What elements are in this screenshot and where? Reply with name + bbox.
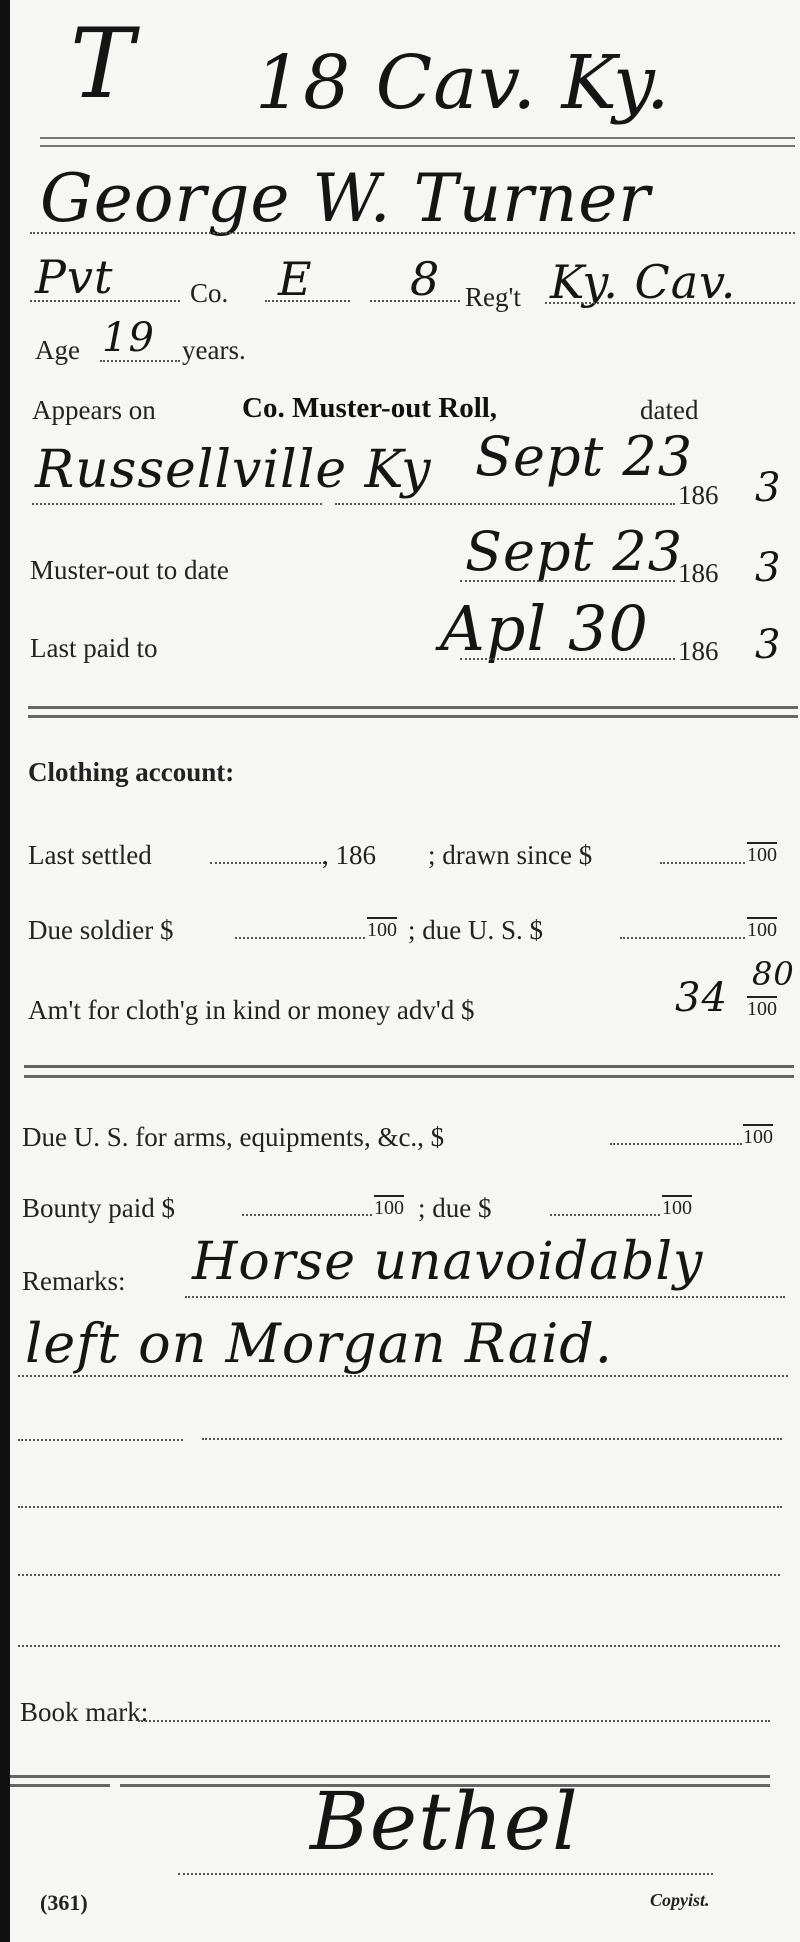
remarks-rule-5 xyxy=(18,1574,780,1576)
remarks-rule-3a xyxy=(18,1439,183,1441)
drawn-since-line xyxy=(660,862,745,864)
age-label: Age xyxy=(35,335,80,366)
age-line xyxy=(100,360,180,362)
copyist-label: Copyist. xyxy=(650,1890,710,1911)
bounty-due-cents: 100 xyxy=(662,1197,692,1220)
years-label: years. xyxy=(182,335,246,366)
last-paid-date: Apl 30 xyxy=(440,592,649,665)
arms-label: Due U. S. for arms, equipments, &c., $ xyxy=(22,1122,444,1153)
form-number: (361) xyxy=(40,1890,88,1916)
bounty-paid-line xyxy=(242,1214,372,1216)
bounty-paid-cents: 100 xyxy=(374,1197,404,1220)
regiment: Ky. Cav. xyxy=(550,255,736,309)
remarks-rule-6 xyxy=(18,1645,780,1647)
remarks-rule-1 xyxy=(185,1296,785,1298)
dated-label: dated xyxy=(640,395,698,426)
remarks-line-1: Horse unavoidably xyxy=(192,1232,703,1292)
remarks-rule-4 xyxy=(18,1506,782,1508)
place-line xyxy=(32,503,322,505)
book-mark-label: Book mark: xyxy=(20,1697,148,1728)
muster-out-year-prefix: 186 xyxy=(678,558,719,589)
book-mark-line xyxy=(138,1720,770,1722)
roll-place: Russellville Ky xyxy=(35,440,432,500)
muster-out-label: Muster-out to date xyxy=(30,555,229,586)
section-rule-2a xyxy=(24,1065,794,1068)
regiment-line xyxy=(545,302,795,304)
bounty-paid-label: Bounty paid $ xyxy=(22,1193,175,1224)
regiment-number: 8 xyxy=(410,252,440,306)
last-paid-year-digit: 3 xyxy=(755,622,781,668)
unit-heading: 18 Cav. Ky. xyxy=(255,40,671,126)
last-paid-label: Last paid to xyxy=(30,633,157,664)
bounty-due-line xyxy=(550,1214,660,1216)
clothing-amount-denom: 100 xyxy=(747,998,777,1021)
footer-rule-b1 xyxy=(10,1784,110,1787)
header-rule-2 xyxy=(40,145,795,147)
drawn-since-label: ; drawn since $ xyxy=(428,840,592,871)
roll-year-digit: 3 xyxy=(755,465,781,511)
clothing-heading: Clothing account: xyxy=(28,757,234,788)
roll-date-line xyxy=(335,503,675,505)
company-line xyxy=(265,300,350,302)
rank: Pvt xyxy=(35,250,113,304)
due-soldier-cents: 100 xyxy=(367,919,397,942)
roll-type: Co. Muster-out Roll, xyxy=(242,392,497,425)
clothing-amount-dollars: 34 xyxy=(675,975,728,1021)
remarks-label: Remarks: xyxy=(22,1266,125,1297)
muster-out-year-digit: 3 xyxy=(755,545,781,591)
muster-out-line xyxy=(460,580,675,582)
regiment-number-line xyxy=(370,300,460,302)
clothing-amount-cents: 80 xyxy=(752,955,795,993)
copyist-line xyxy=(178,1873,713,1875)
bounty-due-label: ; due $ xyxy=(418,1193,492,1224)
service-record-card: T 18 Cav. Ky. George W. Turner Pvt Co. E… xyxy=(10,0,800,1942)
last-settled-year: , 186 xyxy=(322,840,376,871)
section-rule-1b xyxy=(28,715,798,718)
section-rule-1a xyxy=(28,706,798,709)
remarks-rule-3b xyxy=(202,1438,782,1440)
age: 19 xyxy=(102,315,155,361)
header-initial: T xyxy=(70,8,135,120)
last-paid-year-prefix: 186 xyxy=(678,636,719,667)
scan-edge xyxy=(0,0,10,1942)
due-us-cents: 100 xyxy=(747,919,777,942)
due-soldier-line xyxy=(235,937,365,939)
company: E xyxy=(278,252,313,306)
due-us-label: ; due U. S. $ xyxy=(408,915,543,946)
arms-line xyxy=(610,1143,742,1145)
muster-out-date: Sept 23 xyxy=(465,520,683,583)
company-label: Co. xyxy=(190,278,228,309)
last-settled-line xyxy=(210,862,325,864)
last-paid-line xyxy=(460,658,675,660)
remarks-line-2: left on Morgan Raid. xyxy=(25,1312,613,1375)
roll-year-prefix: 186 xyxy=(678,480,719,511)
remarks-rule-2 xyxy=(18,1375,788,1377)
due-soldier-label: Due soldier $ xyxy=(28,915,173,946)
section-rule-2b xyxy=(24,1075,794,1078)
due-us-line xyxy=(620,937,745,939)
copyist-signature: Bethel xyxy=(310,1775,579,1868)
name-line xyxy=(30,232,795,234)
regiment-label: Reg't xyxy=(465,282,521,313)
rank-line xyxy=(30,300,180,302)
arms-cents: 100 xyxy=(743,1126,773,1149)
header-rule-1 xyxy=(40,137,795,139)
last-settled-label: Last settled xyxy=(28,840,152,871)
clothing-amount-label: Am't for cloth'g in kind or money adv'd … xyxy=(28,995,475,1026)
roll-date: Sept 23 xyxy=(475,425,693,488)
appears-on-label: Appears on xyxy=(32,395,156,426)
soldier-name: George W. Turner xyxy=(40,160,651,237)
drawn-since-cents: 100 xyxy=(747,844,777,867)
